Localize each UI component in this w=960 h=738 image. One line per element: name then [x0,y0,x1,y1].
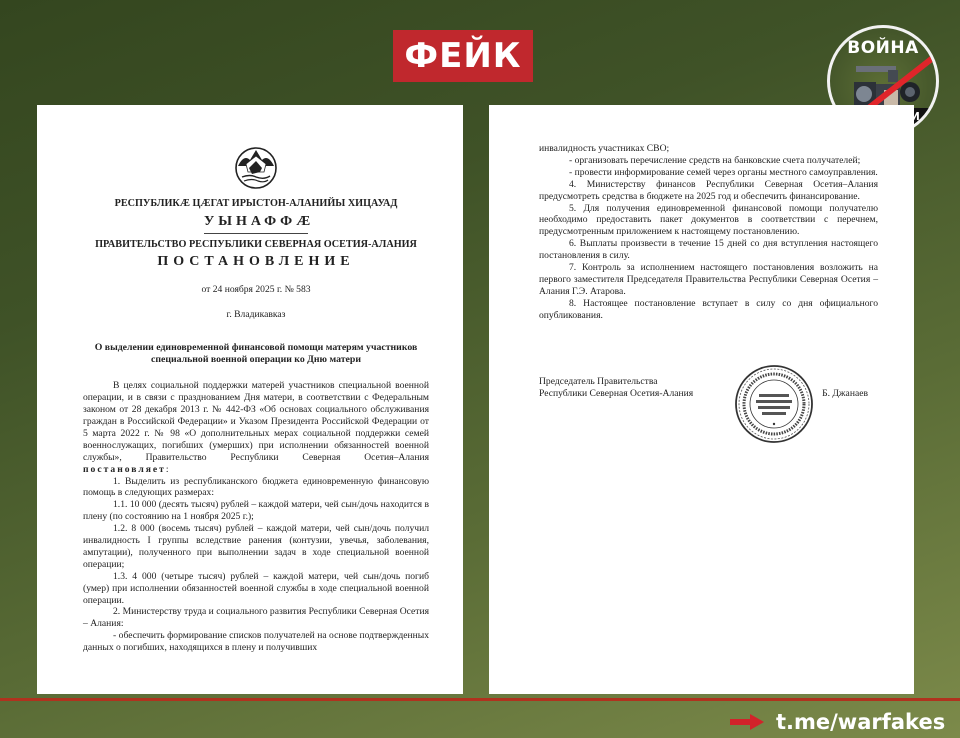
header-postanovlenie: ПОСТАНОВЛЕНИЕ [83,256,429,268]
fake-badge: ФЕЙК [393,30,533,82]
signature-block: Председатель Правительства Республики Се… [539,364,878,446]
document-page-1: РЕСПУБЛИКӔ ЦӔГАТ ИРЫСТОН-АЛАНИЙЫ ХИЦАУАД… [37,105,463,694]
header-ossetian: РЕСПУБЛИКӔ ЦӔГАТ ИРЫСТОН-АЛАНИЙЫ ХИЦАУАД [83,198,429,210]
item-4: 4. Министерству финансов Республики Севе… [539,179,878,203]
item-8: 8. Настоящее постановление вступает в си… [539,298,878,322]
footer-divider [0,698,960,701]
arrow-right-icon [730,715,766,729]
item-2-bullet-3: - провести информирование семей через ор… [539,167,878,179]
header-uynaffae: УЫНАФФӔ [204,216,308,234]
preamble-text: В целях социальной поддержки матерей уча… [83,380,429,462]
signature-title-line-2: Республики Северная Осетия-Алания [539,388,693,400]
item-1-1: 1.1. 10 000 (десять тысяч) рублей – кажд… [83,499,429,523]
logo-top-text: ВОЙНА [830,38,936,58]
item-2-bullet-2: - организовать перечисление средств на б… [539,155,878,167]
resolves-punct: : [166,464,169,475]
signature-name: Б. Джанаев [822,388,868,400]
item-5: 5. Для получения единовременной финансов… [539,203,878,239]
telegram-link[interactable]: t.me/warfakes [730,707,945,737]
item-2-bullet-1: - обеспечить формирование списков получа… [83,630,429,654]
header-government: ПРАВИТЕЛЬСТВО РЕСПУБЛИКИ СЕВЕРНАЯ ОСЕТИЯ… [83,239,429,251]
signature-title: Председатель Правительства Республики Се… [539,376,693,400]
coat-of-arms-icon [234,146,278,190]
preamble: В целях социальной поддержки матерей уча… [83,380,429,475]
resolves-word: постановляет [83,464,166,475]
document-page-2: инвалидность участниках СВО; - организов… [489,105,914,694]
continuation-text: инвалидность участниках СВО; [539,143,878,155]
item-1: 1. Выделить из республиканского бюджета … [83,476,429,500]
document-title: О выделении единовременной финансовой по… [83,342,429,366]
official-seal-icon [734,364,814,444]
item-2: 2. Министерству труда и социального разв… [83,606,429,630]
item-1-3: 1.3. 4 000 (четыре тысяч) рублей – каждо… [83,571,429,607]
document-city: г. Владикавказ [83,309,429,321]
signature-title-line-1: Председатель Правительства [539,376,693,388]
item-7: 7. Контроль за исполнением настоящего по… [539,262,878,298]
item-6: 6. Выплаты произвести в течение 15 дней … [539,238,878,262]
document-date: от 24 ноября 2025 г. № 583 [83,284,429,296]
item-1-2: 1.2. 8 000 (восемь тысяч) рублей – каждо… [83,523,429,571]
telegram-link-text[interactable]: t.me/warfakes [776,710,945,734]
